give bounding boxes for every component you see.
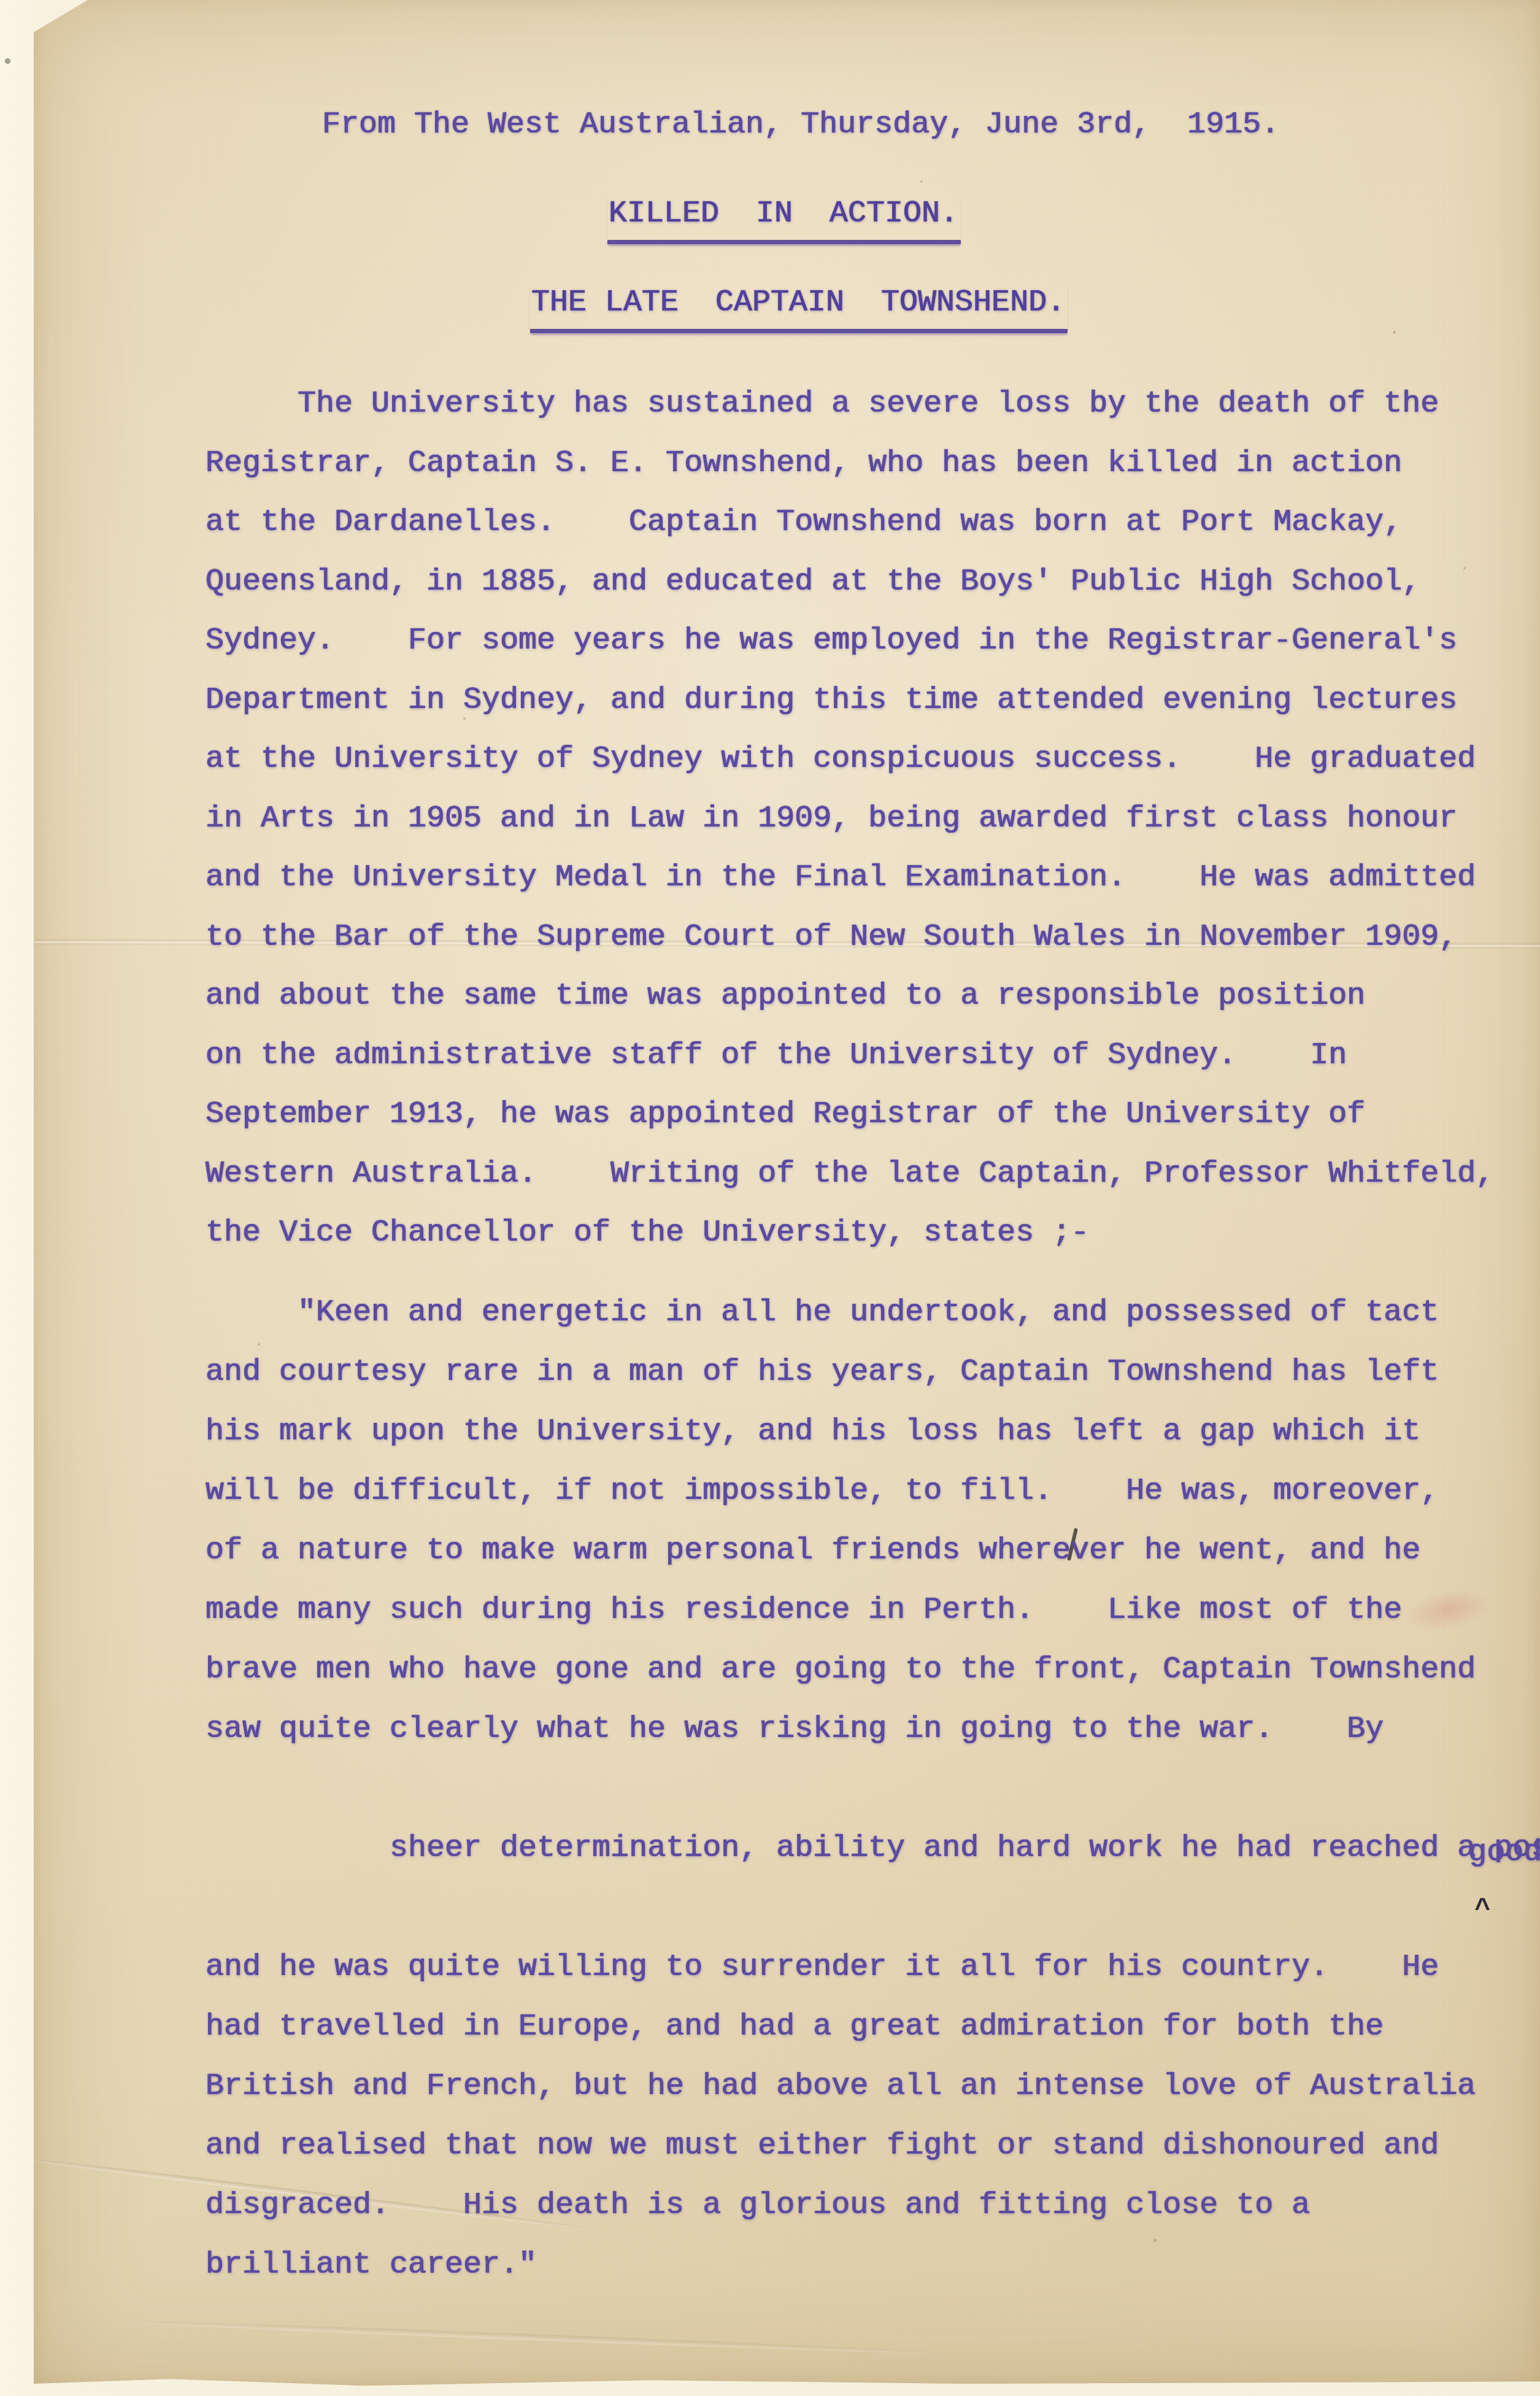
headline-subtitle-text: THE LATE CAPTAIN TOWNSHEND. [530,285,1068,333]
text-line-with-insertion: sheer determination, ability and hard wo… [206,1759,1540,1938]
insertion-line-before: sheer determination, ability and hard wo… [390,1831,1476,1866]
headline-title-text: KILLED IN ACTION. [607,196,961,244]
text-line: will be difficult, if not impossible, to… [206,1462,1540,1521]
text-line: Department in Sydney, and during this ti… [206,671,1494,731]
text-line: brilliant career." [206,2235,1540,2295]
text-line: his mark upon the University, and his lo… [206,1402,1540,1462]
text-line: and realised that now we must either fig… [206,2116,1540,2176]
text-line: brave men who have gone and are going to… [206,1640,1540,1700]
text-line: and he was quite willing to surrender it… [206,1938,1540,1997]
text-line: on the administrative staff of the Unive… [206,1027,1494,1086]
text-line: The University has sustained a severe lo… [206,375,1494,434]
document-page: From The West Australian, Thursday, June… [34,0,1540,2386]
text-line: of a nature to make warm personal friend… [206,1521,1540,1581]
headline-killed-in-action: KILLED IN ACTION. [607,196,961,244]
text-line: in Arts in 1905 and in Law in 1909, bein… [206,790,1494,849]
text-line: "Keen and energetic in all he undertook,… [206,1283,1540,1342]
text-line: made many such during his residence in P… [206,1581,1540,1640]
scanned-document: From The West Australian, Thursday, June… [0,0,1540,2396]
text-line: and about the same time was appointed to… [206,967,1494,1027]
paragraph-biography: The University has sustained a severe lo… [206,375,1494,1263]
text-line: and courtesy rare in a man of his years,… [206,1342,1540,1402]
paragraph-tribute-quote: "Keen and energetic in all he undertook,… [206,1283,1540,2295]
text-line: at the University of Sydney with conspic… [206,730,1494,790]
text-line: and the University Medal in the Final Ex… [206,849,1494,908]
text-line: had travelled in Europe, and had a great… [206,1997,1540,2057]
headline-late-captain-townshend: THE LATE CAPTAIN TOWNSHEND. [530,285,1068,333]
inserted-word: good [1468,1823,1540,1882]
caret-mark: ^ [1474,1881,1490,1940]
text-line: at the Dardanelles. Captain Townshend wa… [206,493,1494,553]
text-line: disgraced. His death is a glorious and f… [206,2176,1540,2235]
text-line: Western Australia. Writing of the late C… [206,1145,1494,1204]
text-line: to the Bar of the Supreme Court of New S… [206,908,1494,968]
text-line: Registrar, Captain S. E. Townshend, who … [206,434,1494,494]
scan-edge-speck [5,58,10,64]
text-line: Sydney. For some years he was employed i… [206,612,1494,671]
text-line: the Vice Chancellor of the University, s… [206,1204,1494,1263]
text-line: September 1913, he was appointed Registr… [206,1085,1494,1145]
typewritten-content: From The West Australian, Thursday, June… [34,0,1540,2386]
text-line: saw quite clearly what he was risking in… [206,1700,1540,1759]
source-attribution: From The West Australian, Thursday, June… [322,107,1279,144]
text-line: British and French, but he had above all… [206,2057,1540,2116]
text-line: Queensland, in 1885, and educated at the… [206,553,1494,612]
